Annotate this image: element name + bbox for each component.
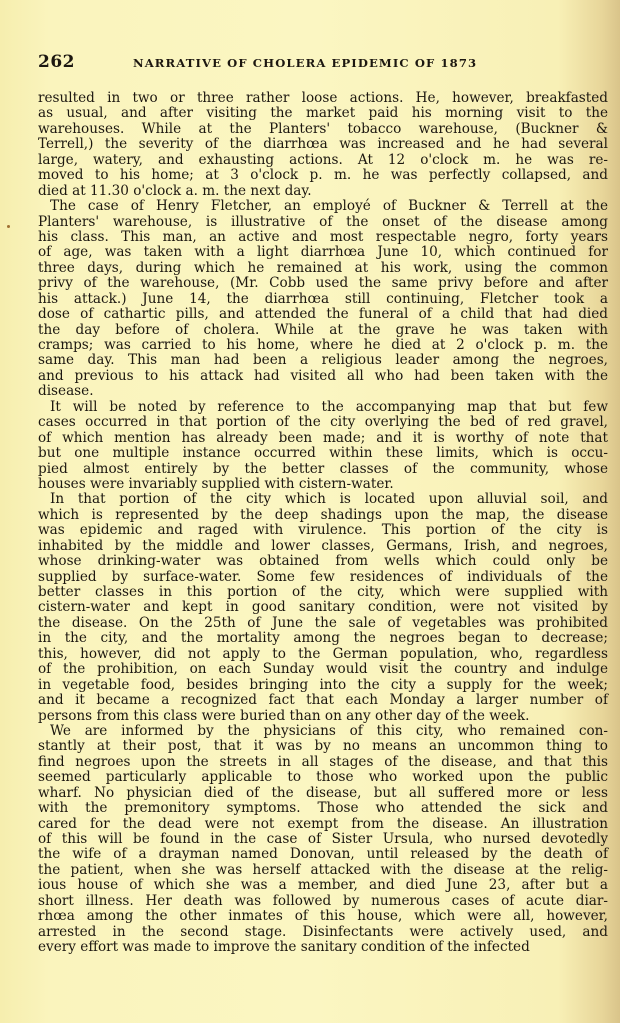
text-line: this, however, did not apply to the Germ… <box>38 647 608 662</box>
text-line: of the prohibition, on each Sunday would… <box>38 662 608 677</box>
text-line: rhœa among the other inmates of this hou… <box>38 909 608 924</box>
text-line: The case of Henry Fletcher, an employé o… <box>38 199 608 214</box>
paragraph: It will be noted by reference to the acc… <box>38 400 608 493</box>
text-line: every effort was made to improve the san… <box>38 940 608 955</box>
text-line: cared for the dead were not exempt from … <box>38 817 608 832</box>
paragraph: In that portion of the city which is loc… <box>38 492 608 724</box>
text-line: dose of cathartic pills, and attended th… <box>38 307 608 322</box>
text-line: Terrell,) the severity of the diarrhœa w… <box>38 137 608 152</box>
paper-speck <box>7 225 10 228</box>
text-line: better classes in this portion of the ci… <box>38 585 608 600</box>
text-line: the day before of cholera. While at the … <box>38 323 608 338</box>
text-line: his attack.) June 14, the diarrhœa still… <box>38 292 608 307</box>
running-title: Narrative of Cholera Epidemic of 1873 <box>133 56 477 70</box>
text-line: cases occurred in that portion of the ci… <box>38 415 608 430</box>
text-line: cistern-water and kept in good sanitary … <box>38 600 608 615</box>
text-line: his class. This man, an active and most … <box>38 230 608 245</box>
text-line: with the premonitory symptoms. Those who… <box>38 801 608 816</box>
text-line: cramps; was carried to his home, where h… <box>38 338 608 353</box>
text-line: inhabited by the middle and lower classe… <box>38 539 608 554</box>
text-line: and it became a recognized fact that eac… <box>38 693 608 708</box>
text-line: and previous to his attack had visited a… <box>38 369 608 384</box>
text-line: persons from this class were buried than… <box>38 709 608 724</box>
page-number: 262 <box>38 52 75 72</box>
text-line: pied almost entirely by the better class… <box>38 462 608 477</box>
text-line: ious house of which she was a member, an… <box>38 878 608 893</box>
text-line: of age, was taken with a light diarrhœa … <box>38 245 608 260</box>
text-line: It will be noted by reference to the acc… <box>38 400 608 415</box>
paragraph: resulted in two or three rather loose ac… <box>38 91 608 199</box>
text-line: We are informed by the physicians of thi… <box>38 724 608 739</box>
text-line: moved to his home; at 3 o'clock p. m. he… <box>38 168 608 183</box>
text-line: but one multiple instance occurred withi… <box>38 446 608 461</box>
text-line: same day. This man had been a religious … <box>38 353 608 368</box>
text-line: supplied by surface-water. Some few resi… <box>38 570 608 585</box>
text-line: In that portion of the city which is loc… <box>38 492 608 507</box>
text-line: died at 11.30 o'clock a. m. the next day… <box>38 184 608 199</box>
text-line: three days, during which he remained at … <box>38 261 608 276</box>
text-line: was epidemic and raged with virulence. T… <box>38 523 608 538</box>
text-line: resulted in two or three rather loose ac… <box>38 91 608 106</box>
page-header: 262 Narrative of Cholera Epidemic of 187… <box>38 52 608 76</box>
text-line: privy of the warehouse, (Mr. Cobb used t… <box>38 276 608 291</box>
text-line: of which mention has already been made; … <box>38 431 608 446</box>
text-line: the patient, when she was herself attack… <box>38 863 608 878</box>
text-line: of this will be found in the case of Sis… <box>38 832 608 847</box>
text-line: seemed particularly applicable to those … <box>38 770 608 785</box>
paragraph: We are informed by the physicians of thi… <box>38 724 608 956</box>
text-line: Planters' warehouse, is illustrative of … <box>38 215 608 230</box>
text-line: find negroes upon the streets in all sta… <box>38 755 608 770</box>
text-line: in vegetable food, besides bringing into… <box>38 678 608 693</box>
text-line: which is represented by the deep shading… <box>38 508 608 523</box>
text-line: warehouses. While at the Planters' tobac… <box>38 122 608 137</box>
text-line: in the city, and the mortality among the… <box>38 631 608 646</box>
text-line: wharf. No physician died of the disease,… <box>38 786 608 801</box>
text-line: stantly at their post, that it was by no… <box>38 739 608 754</box>
text-line: whose drinking-water was obtained from w… <box>38 554 608 569</box>
body-text: resulted in two or three rather loose ac… <box>38 91 608 956</box>
text-line: short illness. Her death was followed by… <box>38 894 608 909</box>
text-line: houses were invariably supplied with cis… <box>38 477 608 492</box>
text-line: as usual, and after visiting the market … <box>38 106 608 121</box>
text-line: the disease. On the 25th of June the sal… <box>38 616 608 631</box>
text-line: arrested in the second stage. Disinfecta… <box>38 925 608 940</box>
paragraph: The case of Henry Fletcher, an employé o… <box>38 199 608 400</box>
text-line: disease. <box>38 384 608 399</box>
text-line: large, watery, and exhausting actions. A… <box>38 153 608 168</box>
text-line: the wife of a drayman named Donovan, unt… <box>38 847 608 862</box>
